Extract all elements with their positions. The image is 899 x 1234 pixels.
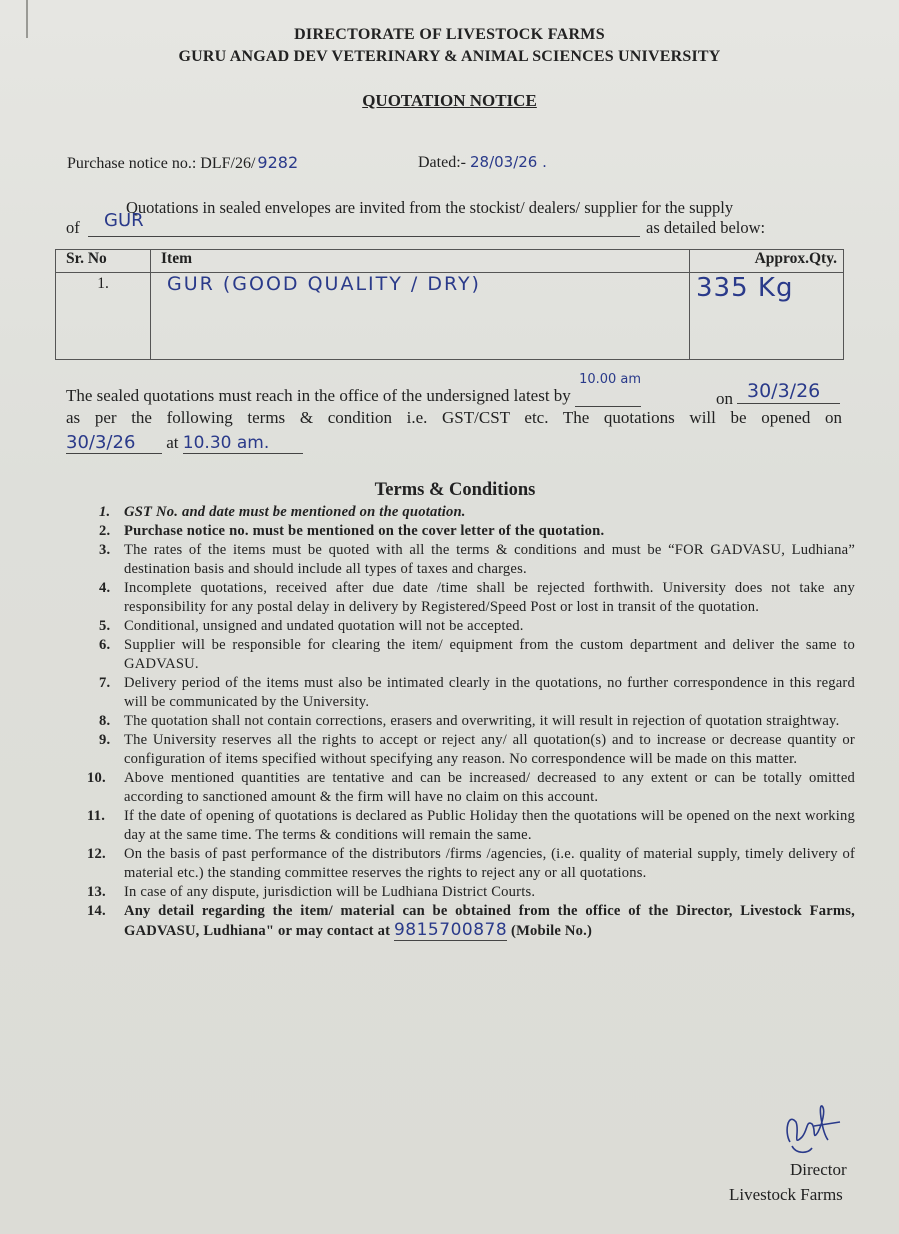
cell-sr-no: 1. [56,273,151,360]
terms-list: 1.GST No. and date must be mentioned on … [95,503,855,941]
term-item: 2.Purchase notice no. must be mentioned … [95,522,855,541]
opening-date: 30/3/26 [66,432,162,454]
cell-item: GUR (GOOD QUALITY / DRY) [151,273,690,360]
submission-on-label: on [716,389,733,409]
term-item: 1.GST No. and date must be mentioned on … [95,503,855,522]
term-item: 9.The University reserves all the rights… [95,731,855,769]
header-directorate: DIRECTORATE OF LIVESTOCK FARMS [0,26,899,44]
header-item: Item [151,250,690,273]
term-item: 3.The rates of the items must be quoted … [95,541,855,579]
term-item: 11.If the date of opening of quotations … [95,807,855,845]
header-qty: Approx.Qty. [690,250,844,273]
term-item: 10.Above mentioned quantities are tentat… [95,769,855,807]
term-item: 7.Delivery period of the items must also… [95,674,855,712]
purchase-notice: Purchase notice no.: DLF/26/9282 [67,153,298,173]
term-item: 8.The quotation shall not contain correc… [95,712,855,731]
submission-time: 10.00 am [579,372,641,387]
dated-value: 28/03/26 . [470,153,547,171]
submission-date-field: 30/3/26 [737,380,840,404]
signatory-title: Director [790,1160,847,1180]
term-item: 12.On the basis of past performance of t… [95,845,855,883]
terms-title: Terms & Conditions [0,480,899,501]
notice-date: Dated:-28/03/26 . [418,153,547,172]
term-item: 14.Any detail regarding the item/ materi… [95,902,855,941]
purchase-notice-label: Purchase notice no.: DLF/26/ [67,155,255,172]
cell-qty: 335 Kg [690,273,844,360]
term-item: 6.Supplier will be responsible for clear… [95,636,855,674]
table-header-row: Sr. No Item Approx.Qty. [56,250,844,273]
term-item: 13.In case of any dispute, jurisdiction … [95,883,855,902]
term-item: 4.Incomplete quotations, received after … [95,579,855,617]
contact-mobile-number[interactable]: 9815700878 [394,920,507,941]
submission-time-field: 10.00 am [575,386,641,407]
dated-label: Dated:- [418,154,466,171]
signature-mark [782,1102,862,1162]
table-row: 1. GUR (GOOD QUALITY / DRY) 335 Kg [56,273,844,360]
opening-details: 30/3/26 at 10.30 am. [66,432,303,454]
invitation-of-label: of [66,218,80,238]
opening-at-label: at [166,433,178,452]
submission-date: 30/3/26 [737,380,820,402]
opening-time: 10.30 am. [183,433,303,454]
signatory-department: Livestock Farms [729,1185,843,1205]
notice-page: DIRECTORATE OF LIVESTOCK FARMS GURU ANGA… [0,0,899,1234]
invitation-text: Quotations in sealed envelopes are invit… [126,198,733,218]
header-sr-no: Sr. No [56,250,151,273]
supply-item-value: GUR [104,210,144,231]
page-title: QUOTATION NOTICE [0,91,899,111]
supply-item-underline [88,236,640,237]
invitation-suffix: as detailed below: [646,218,765,238]
submission-text: The sealed quotations must reach in the … [66,386,641,407]
purchase-notice-number: 9282 [257,153,298,172]
items-table: Sr. No Item Approx.Qty. 1. GUR (GOOD QUA… [55,249,844,360]
header-university: GURU ANGAD DEV VETERINARY & ANIMAL SCIEN… [0,48,899,66]
submission-terms-text: as per the following terms & condition i… [66,408,842,428]
term-item: 5.Conditional, unsigned and undated quot… [95,617,855,636]
